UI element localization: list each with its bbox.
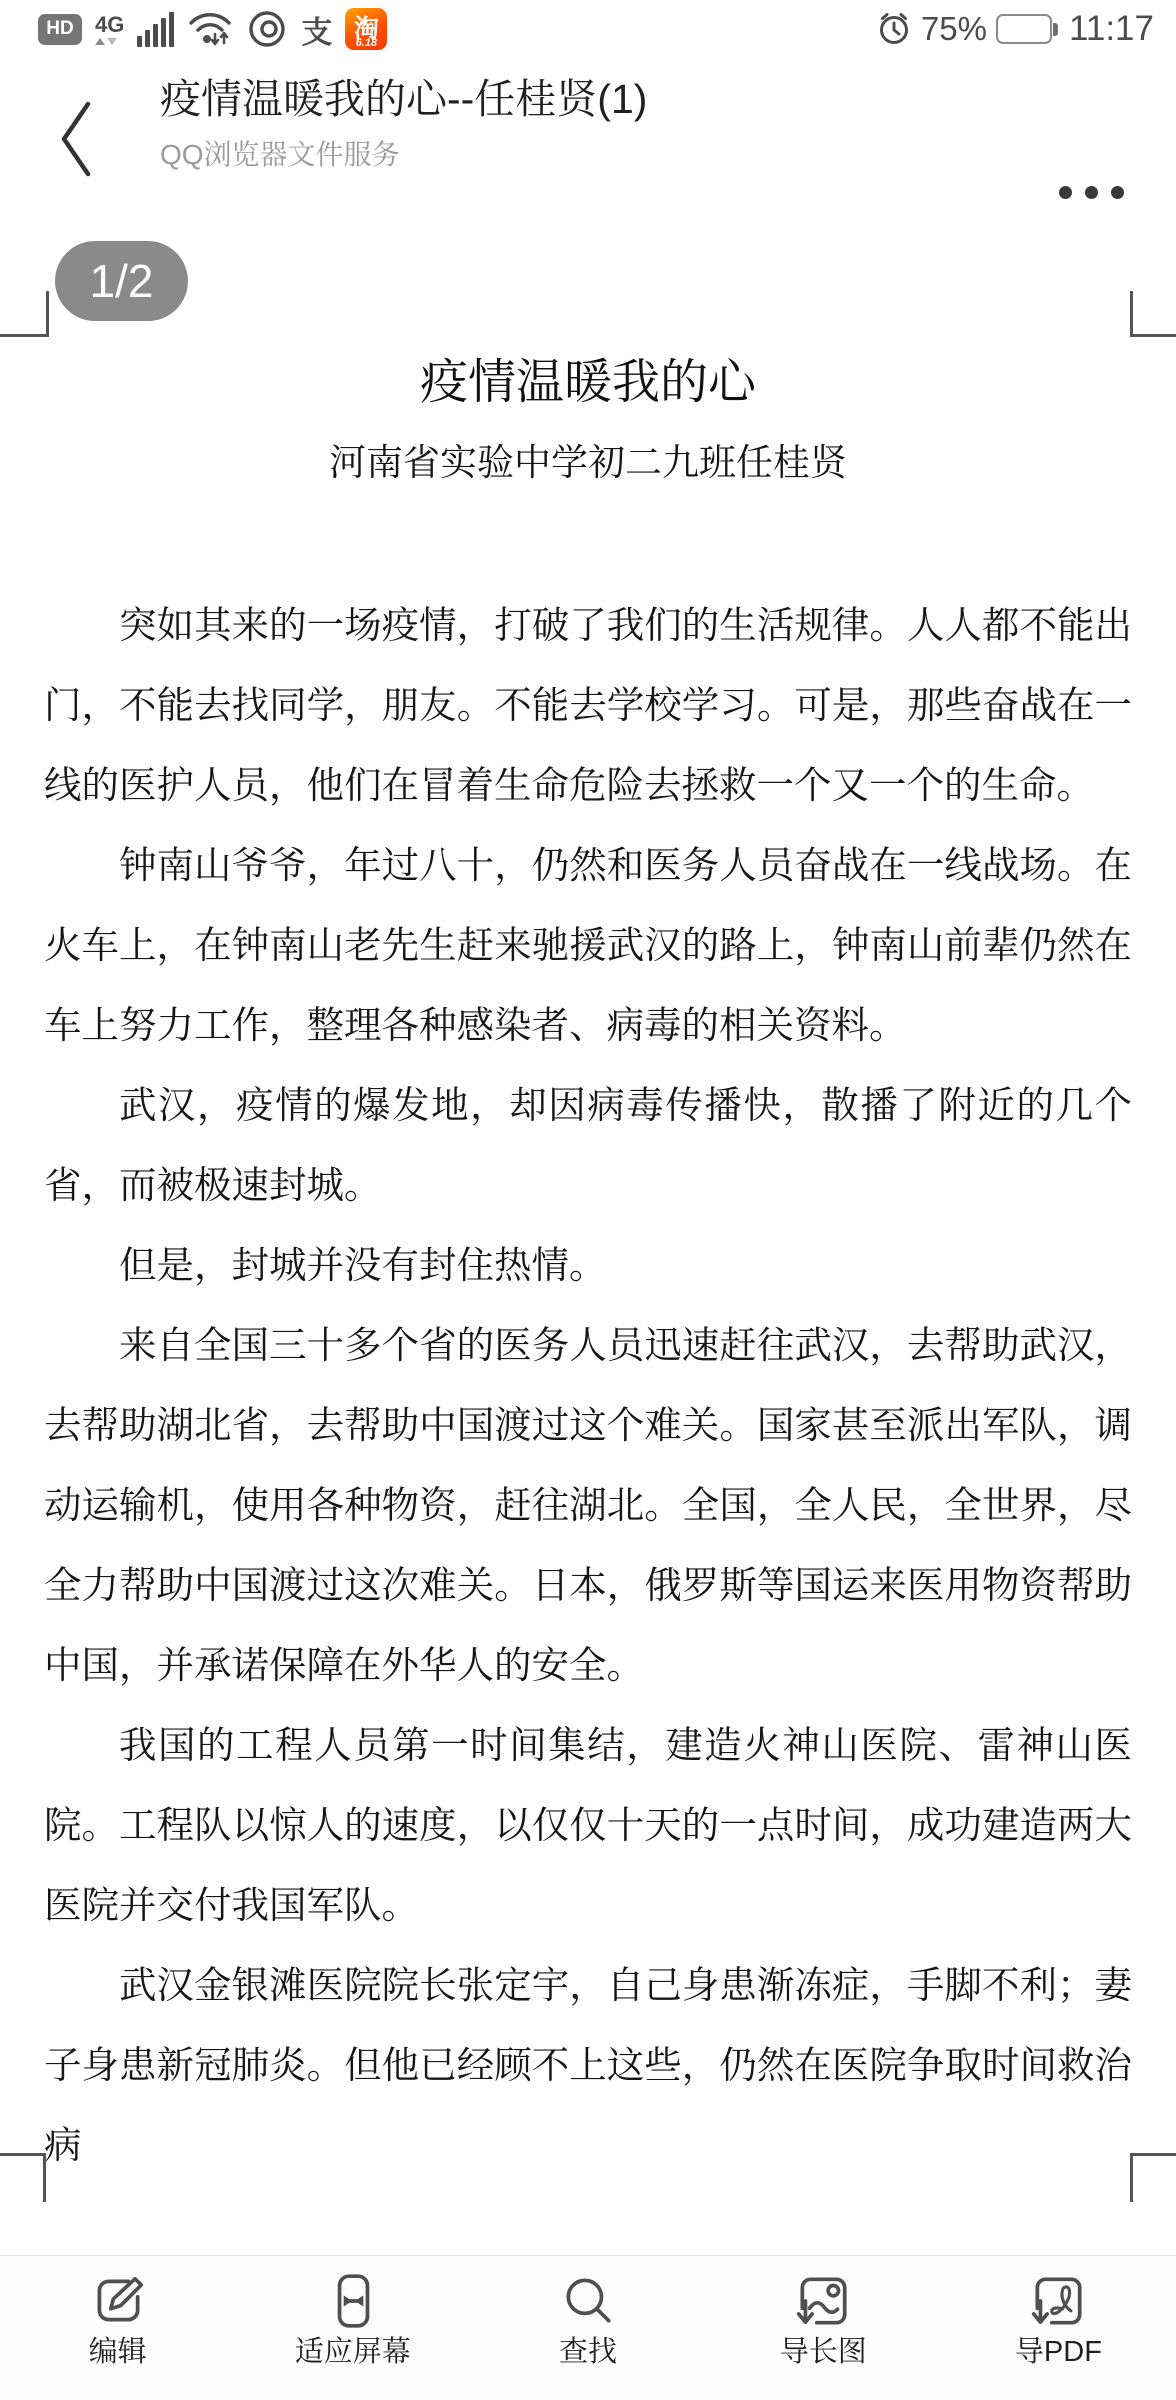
paragraph: 武汉，疫情的爆发地，却因病毒传播快，散播了附近的几个省，而被极速封城。 bbox=[44, 1065, 1132, 1225]
network-type-label: 4G bbox=[95, 14, 124, 36]
alipay-icon: 支 bbox=[301, 7, 332, 52]
tool-label: 适应屏幕 bbox=[295, 2335, 411, 2369]
paragraph: 武汉金银滩医院院长张定宇，自己身患渐冻症，手脚不利；妻子身患新冠肺炎。但他已经顾… bbox=[44, 1945, 1132, 2185]
taobao-icon: 淘 6.18 bbox=[345, 8, 387, 50]
network-4g-icon: 4G bbox=[95, 14, 124, 45]
status-bar-right: 75% 11:17 bbox=[876, 0, 1154, 58]
fit-screen-button[interactable]: 适应屏幕 bbox=[235, 2256, 470, 2400]
taobao-sub-label: 6.18 bbox=[345, 37, 387, 49]
hd-call-icon: HD bbox=[38, 14, 82, 45]
paragraph: 但是，封城并没有封住热情。 bbox=[44, 1225, 1132, 1305]
tool-label: 导PDF bbox=[1015, 2335, 1102, 2369]
clock-label: 11:17 bbox=[1069, 9, 1154, 49]
paragraph: 突如其来的一场疫情，打破了我们的生活规律。人人都不能出门，不能去找同学，朋友。不… bbox=[44, 585, 1132, 825]
signal-strength-icon bbox=[137, 11, 174, 47]
tool-label: 导长图 bbox=[780, 2335, 867, 2369]
essay-title: 疫情温暖我的心 bbox=[44, 355, 1132, 411]
essay-body: 突如其来的一场疫情，打破了我们的生活规律。人人都不能出门，不能去找同学，朋友。不… bbox=[44, 585, 1132, 2185]
back-button[interactable] bbox=[52, 96, 100, 182]
battery-icon bbox=[996, 14, 1060, 44]
wifi-icon bbox=[187, 8, 233, 50]
document-title-block: 疫情温暖我的心--任桂贤(1) QQ浏览器文件服务 bbox=[160, 70, 1026, 174]
page-indicator-badge: 1/2 bbox=[55, 241, 188, 321]
battery-percent-label: 75% bbox=[921, 10, 987, 48]
more-menu-button[interactable] bbox=[1059, 186, 1124, 199]
screen: HD 4G 支 淘 6.18 bbox=[0, 0, 1176, 2400]
file-source-label: QQ浏览器文件服务 bbox=[160, 136, 1026, 174]
essay-author: 河南省实验中学初二九班任桂贤 bbox=[44, 441, 1132, 485]
paragraph: 来自全国三十多个省的医务人员迅速赶往武汉，去帮助武汉，去帮助湖北省，去帮助中国渡… bbox=[44, 1305, 1132, 1705]
eye-comfort-icon bbox=[246, 8, 288, 50]
paragraph: 钟南山爷爷，年过八十，仍然和医务人员奋战在一线战场。在火车上，在钟南山老先生赶来… bbox=[44, 825, 1132, 1065]
search-icon bbox=[557, 2270, 619, 2332]
tool-label: 查找 bbox=[559, 2335, 617, 2369]
alarm-clock-icon bbox=[876, 11, 912, 47]
edit-icon bbox=[87, 2270, 149, 2332]
export-pdf-icon bbox=[1027, 2270, 1089, 2332]
export-long-image-icon bbox=[792, 2270, 854, 2332]
edit-button[interactable]: 编辑 bbox=[0, 2256, 235, 2400]
document-page: 疫情温暖我的心 河南省实验中学初二九班任桂贤 突如其来的一场疫情，打破了我们的生… bbox=[0, 217, 1176, 2185]
export-pdf-button[interactable]: 导PDF bbox=[941, 2256, 1176, 2400]
status-bar: HD 4G 支 淘 6.18 bbox=[0, 0, 1176, 58]
status-bar-left: HD 4G 支 淘 6.18 bbox=[38, 0, 387, 58]
tool-label: 编辑 bbox=[89, 2335, 147, 2369]
export-long-image-button[interactable]: 导长图 bbox=[706, 2256, 941, 2400]
data-transfer-arrows-icon bbox=[95, 38, 117, 45]
fit-screen-icon bbox=[322, 2270, 384, 2332]
find-button[interactable]: 查找 bbox=[470, 2256, 705, 2400]
file-title: 疫情温暖我的心--任桂贤(1) bbox=[160, 70, 1026, 128]
paragraph: 我国的工程人员第一时间集结，建造火神山医院、雷神山医院。工程队以惊人的速度，以仅… bbox=[44, 1705, 1132, 1945]
bottom-toolbar: 编辑 适应屏幕 查找 bbox=[0, 2255, 1176, 2400]
title-bar: 疫情温暖我的心--任桂贤(1) QQ浏览器文件服务 bbox=[0, 58, 1176, 216]
document-viewer[interactable]: 疫情温暖我的心 河南省实验中学初二九班任桂贤 突如其来的一场疫情，打破了我们的生… bbox=[0, 217, 1176, 2255]
